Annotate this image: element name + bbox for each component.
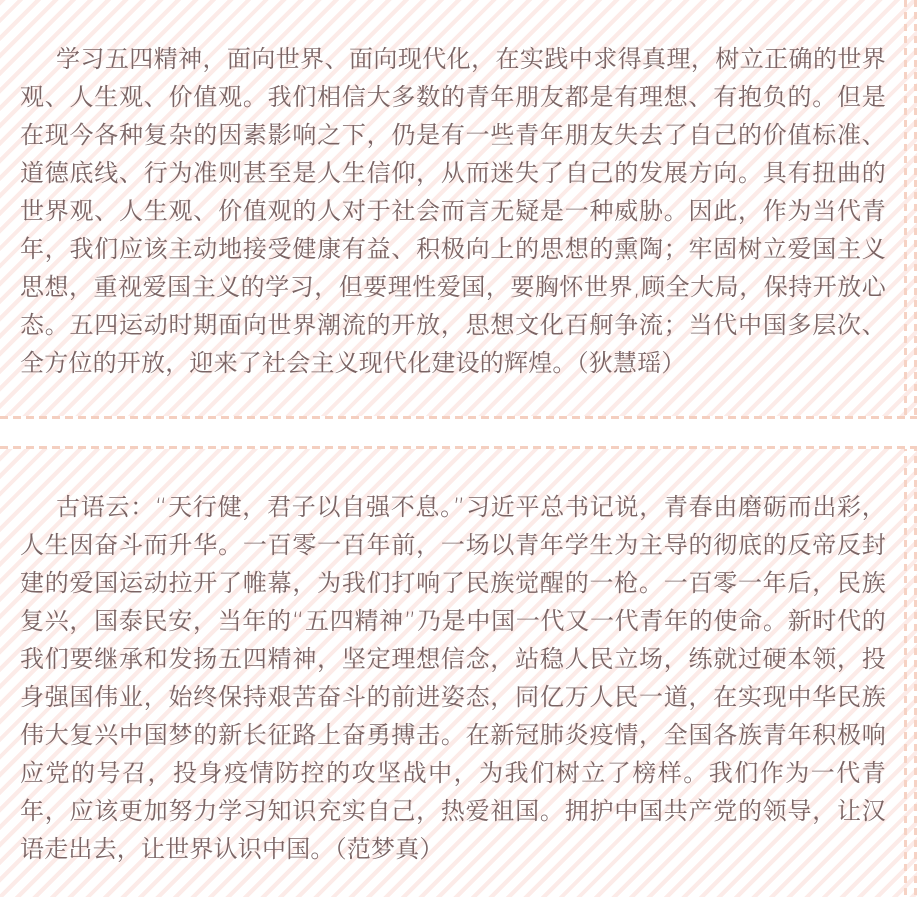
striped-note-page: 学习五四精神，面向世界、面向现代化，在实践中求得真理，树立正确的世界观、人生观、… (0, 0, 917, 897)
essay-paragraph-2: 古语云：“天行健，君子以自强不息。”习近平总书记说，青春由磨砺而出彩，人生因奋斗… (20, 488, 886, 868)
section-divider (0, 416, 917, 449)
divider-bottom-dashed-line (0, 446, 917, 449)
essay-paragraph-1: 学习五四精神，面向世界、面向现代化，在实践中求得真理，树立正确的世界观、人生观、… (20, 40, 886, 382)
divider-top-dashed-line (0, 416, 917, 419)
